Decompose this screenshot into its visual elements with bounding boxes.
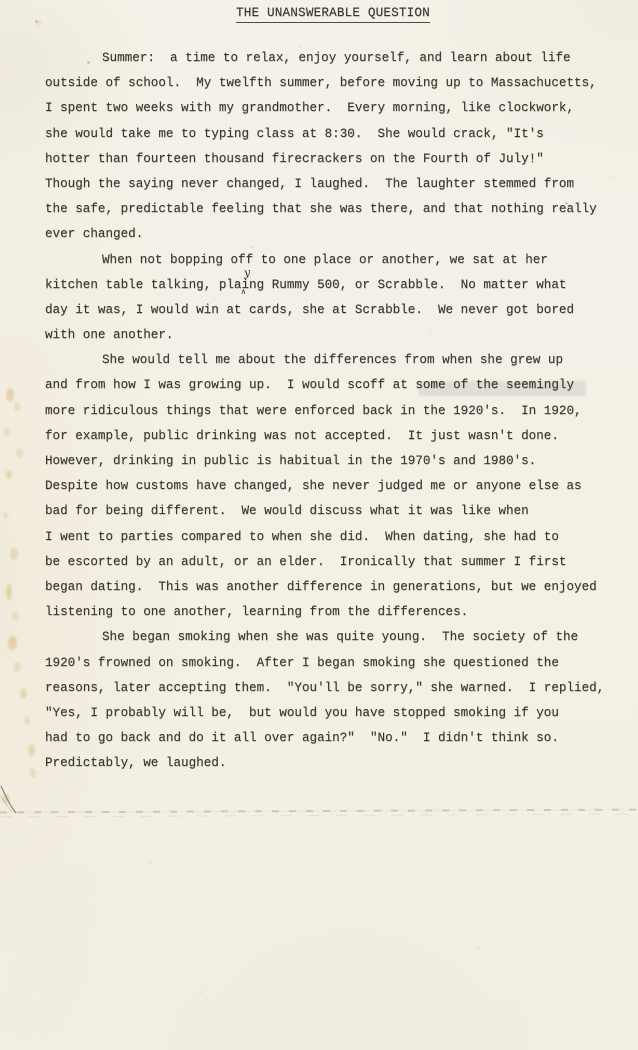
handwritten-insertion: y xyxy=(243,266,251,280)
typewritten-page: THE UNANSWERABLE QUESTION Summer: a time… xyxy=(0,0,638,1050)
text-line: 1920's frowned on smoking. After I began… xyxy=(45,651,632,676)
paragraph-1: Summer: a time to relax, enjoy yourself,… xyxy=(45,46,632,248)
foxing-stain xyxy=(14,662,20,672)
text-line: outside of school. My twelfth summer, be… xyxy=(45,71,632,96)
text-line: Summer: a time to relax, enjoy yourself,… xyxy=(45,46,632,71)
text-line: Though the saying never changed, I laugh… xyxy=(45,172,632,197)
foxing-stain xyxy=(16,448,23,458)
caret-icon: ∧ xyxy=(241,287,246,297)
text-line: I went to parties compared to when she d… xyxy=(45,525,632,550)
text-line: When not bopping off to one place or ano… xyxy=(45,248,632,273)
foxing-stain xyxy=(30,768,36,778)
foxing-stain xyxy=(6,584,12,600)
paragraph-2: When not bopping off to one place or ano… xyxy=(45,248,632,349)
page-title: THE UNANSWERABLE QUESTION xyxy=(236,6,430,23)
text-line: ever changed. xyxy=(45,222,632,247)
text-line: kitchen table talking, plaing Rummy 500,… xyxy=(45,273,632,298)
text-line: for example, public drinking was not acc… xyxy=(45,424,632,449)
foxing-stain xyxy=(8,636,17,650)
text-line: Predictably, we laughed. xyxy=(45,751,632,776)
text-line: hotter than fourteen thousand firecracke… xyxy=(45,147,632,172)
pen-scratch-mark xyxy=(0,778,30,823)
foxing-stain xyxy=(6,470,12,479)
text-line: more ridiculous things that were enforce… xyxy=(45,399,632,424)
overtype-smudge xyxy=(418,381,586,396)
foxing-stain xyxy=(36,20,41,26)
foxing-stain xyxy=(12,612,19,621)
paragraph-4: She began smoking when she was quite you… xyxy=(45,625,632,776)
text-line: However, drinking in public is habitual … xyxy=(45,449,632,474)
text-line: reasons, later accepting them. "You'll b… xyxy=(45,676,632,701)
text-line: with one another. xyxy=(45,323,632,348)
foxing-stain xyxy=(20,688,27,699)
text-line: She began smoking when she was quite you… xyxy=(45,625,632,650)
text-line: be escorted by an adult, or an elder. Ir… xyxy=(45,550,632,575)
text-line: listening to one another, learning from … xyxy=(45,600,632,625)
foxing-stain xyxy=(24,716,30,725)
fold-crease xyxy=(0,809,638,817)
text-line: I spent two weeks with my grandmother. E… xyxy=(45,96,632,121)
paper-specks xyxy=(0,0,1,1)
document-body: Summer: a time to relax, enjoy yourself,… xyxy=(45,46,632,776)
text-line: "Yes, I probably will be, but would you … xyxy=(45,701,632,726)
foxing-stain xyxy=(28,744,35,756)
foxing-stain xyxy=(4,428,9,436)
text-line: she would take me to typing class at 8:3… xyxy=(45,122,632,147)
text-line: She would tell me about the differences … xyxy=(45,348,632,373)
text-line: day it was, I would win at cards, she at… xyxy=(45,298,632,323)
text-line: bad for being different. We would discus… xyxy=(45,499,632,524)
text-line: began dating. This was another differenc… xyxy=(45,575,632,600)
text-line: had to go back and do it all over again?… xyxy=(45,726,632,751)
foxing-stain xyxy=(3,512,8,519)
foxing-stain xyxy=(14,402,20,411)
text-line: Despite how customs have changed, she ne… xyxy=(45,474,632,499)
text-line: the safe, predictable feeling that she w… xyxy=(45,197,632,222)
foxing-stain xyxy=(6,388,14,402)
foxing-stain xyxy=(10,548,18,560)
